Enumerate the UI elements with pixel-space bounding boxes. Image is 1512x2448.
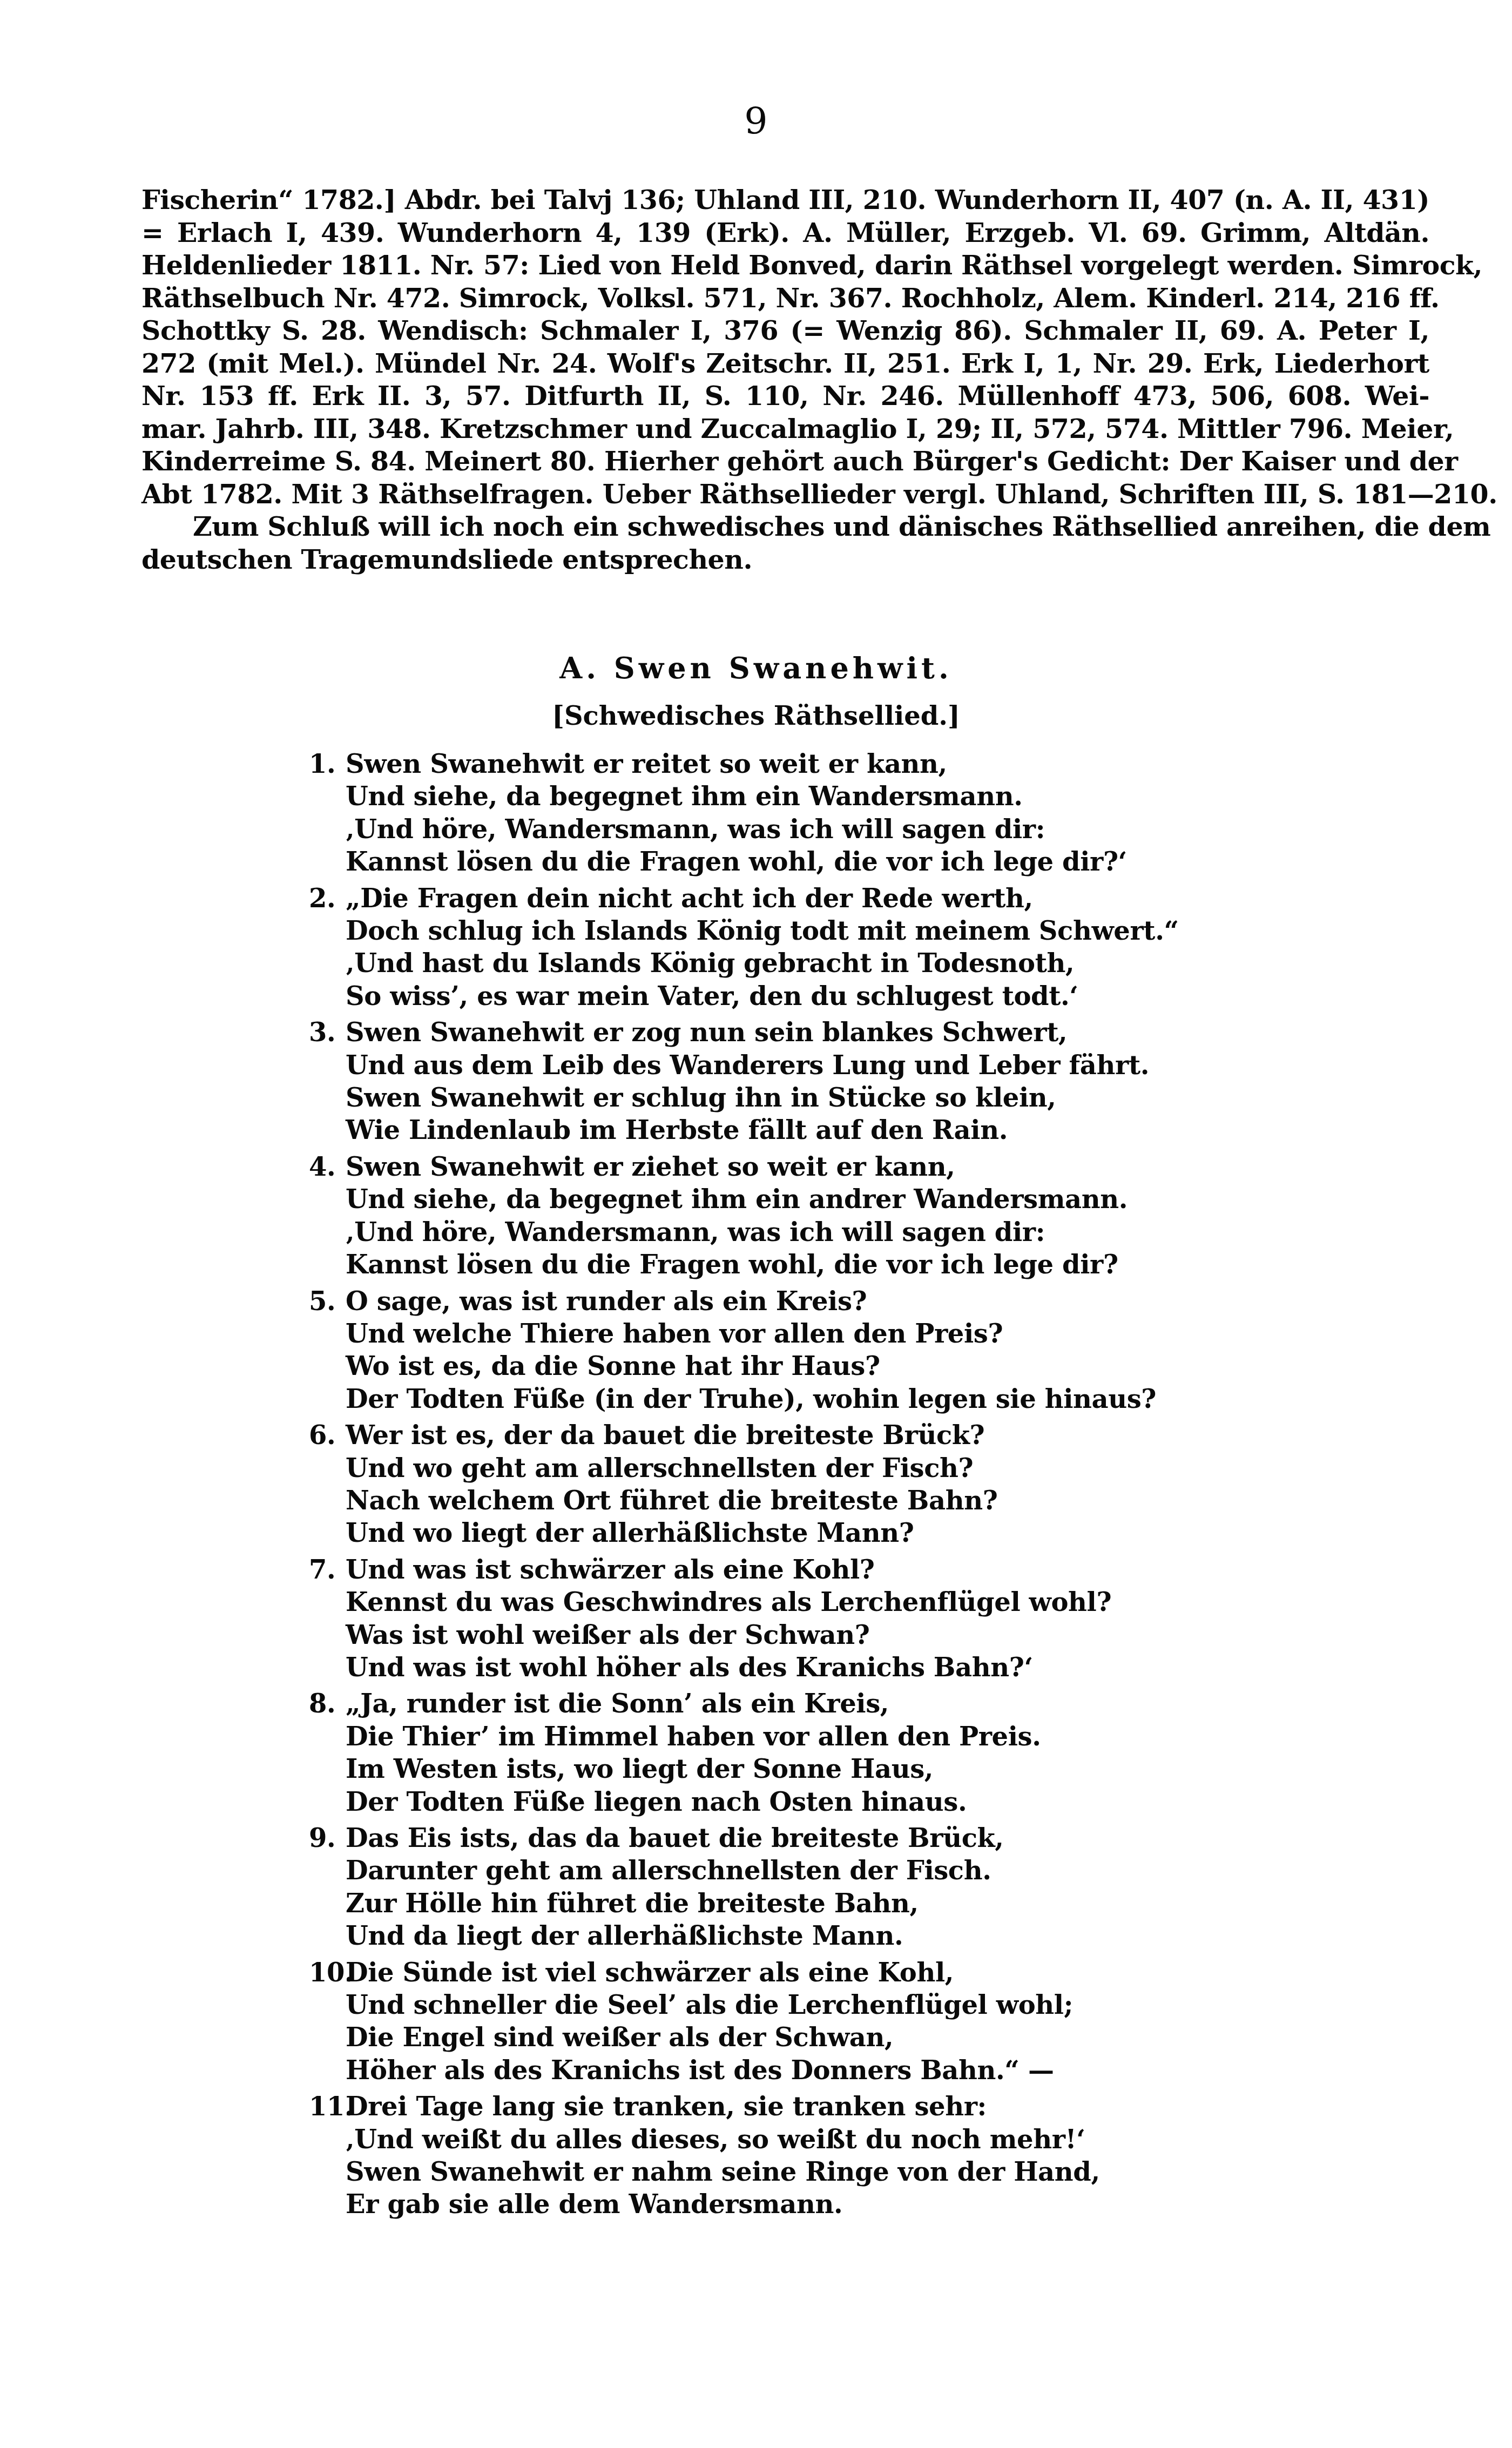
verse-line: O sage, was ist runder als ein Kreis? — [309, 1285, 1281, 1318]
intro-line: Zum Schluß will ich noch ein schwedische… — [141, 510, 1429, 543]
stanza-number: 7. — [309, 1554, 349, 1586]
stanza-number: 3. — [309, 1016, 349, 1049]
page-number: 9 — [0, 100, 1512, 143]
stanza-number: 2. — [309, 882, 349, 915]
stanza-number: 5. — [309, 1285, 349, 1318]
intro-line: Kinderreime S. 84. Meinert 80. Hierher g… — [141, 445, 1429, 478]
poem: 1.Swen Swanehwit er reitet so weit er ka… — [309, 748, 1281, 2225]
verse-line: Höher als des Kranichs ist des Donners B… — [309, 2054, 1281, 2087]
intro-paragraph: Fischerin“ 1782.] Abdr. bei Talvj 136; U… — [141, 184, 1429, 576]
intro-line: 272 (mit Mel.). Mündel Nr. 24. Wolf's Ze… — [141, 347, 1429, 380]
stanza: 11.Drei Tage lang sie tranken, sie trank… — [309, 2090, 1281, 2221]
verse-line: Im Westen ists, wo liegt der Sonne Haus, — [309, 1753, 1281, 1785]
intro-line: Abt 1782. Mit 3 Räthselfragen. Ueber Rät… — [141, 478, 1429, 511]
verse-line: ‚Und höre, Wandersmann, was ich will sag… — [309, 813, 1281, 846]
verse-line: Zur Hölle hin führet die breiteste Bahn, — [309, 1887, 1281, 1920]
verse-line: Und wo liegt der allerhäßlichste Mann? — [309, 1517, 1281, 1549]
verse-line: Er gab sie alle dem Wandersmann. — [309, 2188, 1281, 2221]
stanza-number: 4. — [309, 1151, 349, 1183]
verse-line: Die Thier’ im Himmel haben vor allen den… — [309, 1721, 1281, 1753]
stanza: 5.O sage, was ist runder als ein Kreis?U… — [309, 1285, 1281, 1416]
stanza: 3.Swen Swanehwit er zog nun sein blankes… — [309, 1016, 1281, 1147]
intro-line: deutschen Tragemundsliede entsprechen. — [141, 543, 1429, 576]
verse-line: Und wo geht am allerschnellsten der Fisc… — [309, 1452, 1281, 1485]
verse-line: Wer ist es, der da bauet die breiteste B… — [309, 1419, 1281, 1452]
verse-line: So wiss’, es war mein Vater, den du schl… — [309, 980, 1281, 1013]
verse-line: Kennst du was Geschwindres als Lerchenfl… — [309, 1586, 1281, 1618]
verse-line: ‚Und weißt du alles dieses, so weißt du … — [309, 2123, 1281, 2156]
section-subtitle: [Schwedisches Räthsellied.] — [0, 701, 1512, 731]
verse-line: Drei Tage lang sie tranken, sie tranken … — [309, 2090, 1281, 2123]
intro-line: Heldenlieder 1811. Nr. 57: Lied von Held… — [141, 249, 1429, 282]
stanza: 6.Wer ist es, der da bauet die breiteste… — [309, 1419, 1281, 1550]
intro-line: Fischerin“ 1782.] Abdr. bei Talvj 136; U… — [141, 184, 1429, 217]
verse-line: Wie Lindenlaub im Herbste fällt auf den … — [309, 1114, 1281, 1147]
verse-line: Was ist wohl weißer als der Schwan? — [309, 1619, 1281, 1651]
verse-line: Und siehe, da begegnet ihm ein andrer Wa… — [309, 1183, 1281, 1216]
stanza: 1.Swen Swanehwit er reitet so weit er ka… — [309, 748, 1281, 879]
verse-line: Swen Swanehwit er reitet so weit er kann… — [309, 748, 1281, 780]
verse-line: Und was ist schwärzer als eine Kohl? — [309, 1554, 1281, 1586]
stanza: 8.„Ja, runder ist die Sonn’ als ein Krei… — [309, 1688, 1281, 1818]
verse-line: ‚Und höre, Wandersmann, was ich will sag… — [309, 1216, 1281, 1249]
verse-line: ‚Und hast du Islands König gebracht in T… — [309, 947, 1281, 980]
intro-line: mar. Jahrb. III, 348. Kretzschmer und Zu… — [141, 413, 1429, 446]
intro-line: Nr. 153 ff. Erk II. 3, 57. Ditfurth II, … — [141, 380, 1429, 413]
verse-line: „Ja, runder ist die Sonn’ als ein Kreis, — [309, 1688, 1281, 1720]
verse-line: Kannst lösen du die Fragen wohl, die vor… — [309, 1249, 1281, 1281]
verse-line: „Die Fragen dein nicht acht ich der Rede… — [309, 882, 1281, 915]
intro-line: Räthselbuch Nr. 472. Simrock, Volksl. 57… — [141, 282, 1429, 315]
verse-line: Darunter geht am allerschnellsten der Fi… — [309, 1854, 1281, 1887]
verse-line: Die Engel sind weißer als der Schwan, — [309, 2021, 1281, 2054]
stanza-number: 8. — [309, 1688, 349, 1720]
stanza: 7.Und was ist schwärzer als eine Kohl?Ke… — [309, 1554, 1281, 1684]
verse-line: Und siehe, da begegnet ihm ein Wandersma… — [309, 780, 1281, 813]
stanza: 2.„Die Fragen dein nicht acht ich der Re… — [309, 882, 1281, 1013]
stanza-number: 10. — [309, 1957, 349, 1989]
stanza-number: 1. — [309, 748, 349, 780]
verse-line: Kannst lösen du die Fragen wohl, die vor… — [309, 846, 1281, 878]
verse-line: Swen Swanehwit er nahm seine Ringe von d… — [309, 2156, 1281, 2188]
intro-line: Schottky S. 28. Wendisch: Schmaler I, 37… — [141, 314, 1429, 347]
verse-line: Und welche Thiere haben vor allen den Pr… — [309, 1318, 1281, 1350]
verse-line: Doch schlug ich Islands König todt mit m… — [309, 915, 1281, 947]
verse-line: Und schneller die Seel’ als die Lerchenf… — [309, 1989, 1281, 2021]
verse-line: Und da liegt der allerhäßlichste Mann. — [309, 1920, 1281, 1952]
verse-line: Swen Swanehwit er zog nun sein blankes S… — [309, 1016, 1281, 1049]
stanza: 4.Swen Swanehwit er ziehet so weit er ka… — [309, 1151, 1281, 1282]
verse-line: Der Todten Füße (in der Truhe), wohin le… — [309, 1383, 1281, 1415]
stanza: 10.Die Sünde ist viel schwärzer als eine… — [309, 1957, 1281, 2087]
stanza: 9.Das Eis ists, das da bauet die breites… — [309, 1822, 1281, 1953]
verse-line: Wo ist es, da die Sonne hat ihr Haus? — [309, 1350, 1281, 1383]
verse-line: Swen Swanehwit er schlug ihn in Stücke s… — [309, 1082, 1281, 1114]
verse-line: Der Todten Füße liegen nach Osten hinaus… — [309, 1786, 1281, 1818]
stanza-number: 6. — [309, 1419, 349, 1452]
intro-line: = Erlach I, 439. Wunderhorn 4, 139 (Erk)… — [141, 217, 1429, 249]
verse-line: Und was ist wohl höher als des Kranichs … — [309, 1651, 1281, 1684]
section-title: A. Swen Swanehwit. — [0, 651, 1512, 685]
verse-line: Nach welchem Ort führet die breiteste Ba… — [309, 1485, 1281, 1517]
verse-line: Swen Swanehwit er ziehet so weit er kann… — [309, 1151, 1281, 1183]
verse-line: Und aus dem Leib des Wanderers Lung und … — [309, 1049, 1281, 1082]
verse-line: Das Eis ists, das da bauet die breiteste… — [309, 1822, 1281, 1854]
verse-line: Die Sünde ist viel schwärzer als eine Ko… — [309, 1957, 1281, 1989]
stanza-number: 9. — [309, 1822, 349, 1854]
stanza-number: 11. — [309, 2090, 349, 2123]
